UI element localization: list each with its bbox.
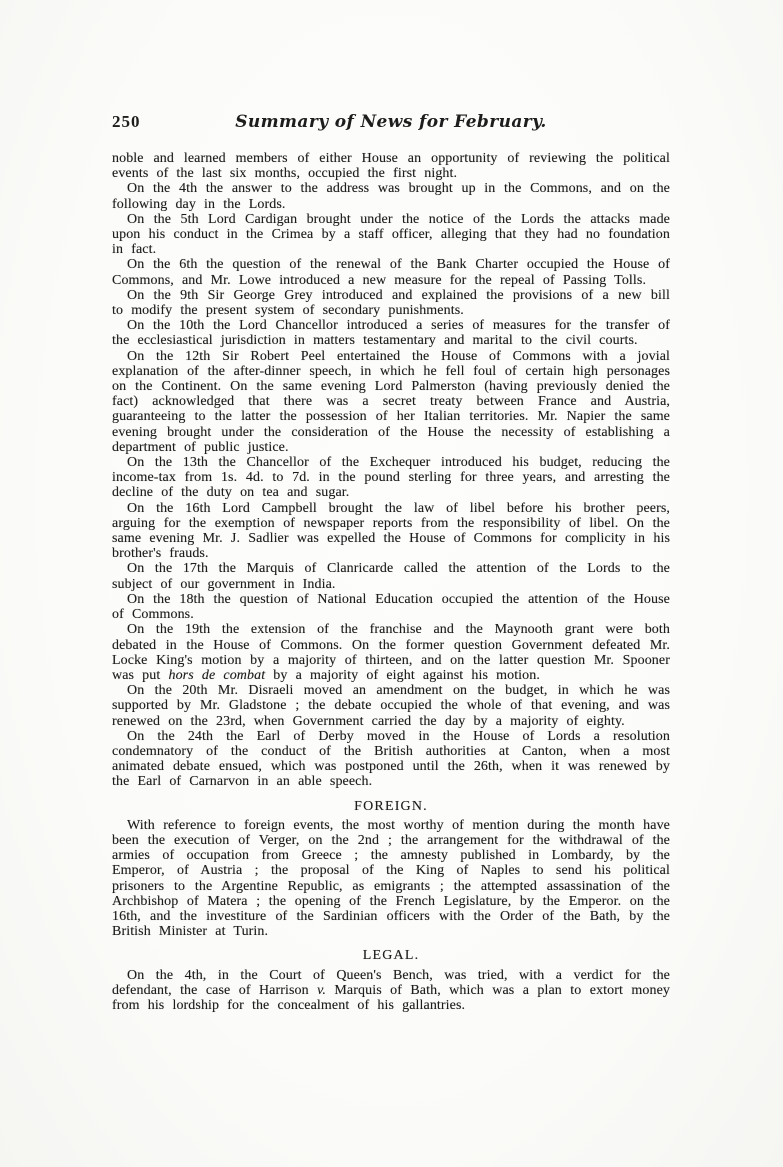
text-run: On the 13th the Chancellor of the Excheq… [112, 455, 670, 500]
paragraph: On the 17th the Marquis of Clanricarde c… [112, 561, 670, 591]
paragraph: On the 5th Lord Cardigan brought under t… [112, 212, 670, 258]
page-title: Summary of News for February. [112, 112, 670, 132]
text-run: On the 20th Mr. Disraeli moved an amendm… [112, 683, 670, 728]
section-parliamentary: noble and learned members of either Hous… [112, 151, 670, 790]
page: 250 Summary of News for February. noble … [112, 112, 670, 1013]
text-run: v. [317, 983, 326, 998]
text-run: On the 5th Lord Cardigan brought under t… [112, 212, 670, 257]
text-run: On the 24th the Earl of Derby moved in t… [112, 729, 670, 790]
paragraph: On the 18th the question of National Edu… [112, 592, 670, 622]
text-run: On the 12th Sir Robert Peel entertained … [112, 349, 670, 455]
page-header: 250 Summary of News for February. [112, 112, 670, 136]
text-run: On the 6th the question of the renewal o… [112, 257, 670, 287]
section-foreign: FOREIGN.With reference to foreign events… [112, 799, 670, 940]
text-run: On the 17th the Marquis of Clanricarde c… [112, 561, 670, 591]
paragraph: On the 9th Sir George Grey introduced an… [112, 288, 670, 318]
text-run: by a majority of eight against his motio… [265, 668, 540, 683]
paragraph: With reference to foreign events, the mo… [112, 818, 670, 940]
paragraph: On the 6th the question of the renewal o… [112, 257, 670, 287]
text-run: On the 10th the Lord Chancellor introduc… [112, 318, 670, 348]
text-run: With reference to foreign events, the mo… [112, 818, 670, 939]
paragraph: On the 16th Lord Campbell brought the la… [112, 501, 670, 562]
paragraph: On the 4th, in the Court of Queen's Benc… [112, 968, 670, 1014]
text-run: On the 16th Lord Campbell brought the la… [112, 501, 670, 562]
section-legal: LEGAL.On the 4th, in the Court of Queen'… [112, 948, 670, 1013]
page-body: noble and learned members of either Hous… [112, 151, 670, 1013]
section-heading-foreign: FOREIGN. [112, 799, 670, 814]
paragraph: On the 12th Sir Robert Peel entertained … [112, 349, 670, 455]
page-number: 250 [112, 112, 141, 132]
text-run: On the 18th the question of National Edu… [112, 592, 670, 622]
paragraph: On the 24th the Earl of Derby moved in t… [112, 729, 670, 790]
paragraph: On the 10th the Lord Chancellor introduc… [112, 318, 670, 348]
paragraph: On the 19th the extension of the franchi… [112, 622, 670, 683]
paragraph: On the 13th the Chancellor of the Excheq… [112, 455, 670, 501]
text-run: noble and learned members of either Hous… [112, 151, 670, 181]
paragraph: On the 20th Mr. Disraeli moved an amendm… [112, 683, 670, 729]
section-heading-legal: LEGAL. [112, 948, 670, 963]
paragraph: noble and learned members of either Hous… [112, 151, 670, 181]
scanned-page: { "page": { "number": "250", "title": "S… [0, 0, 783, 1167]
text-run: hors de combat [168, 668, 265, 683]
paragraph: On the 4th the answer to the address was… [112, 181, 670, 211]
text-run: On the 4th the answer to the address was… [112, 181, 670, 211]
sections: noble and learned members of either Hous… [112, 151, 670, 1013]
text-run: On the 9th Sir George Grey introduced an… [112, 288, 670, 318]
